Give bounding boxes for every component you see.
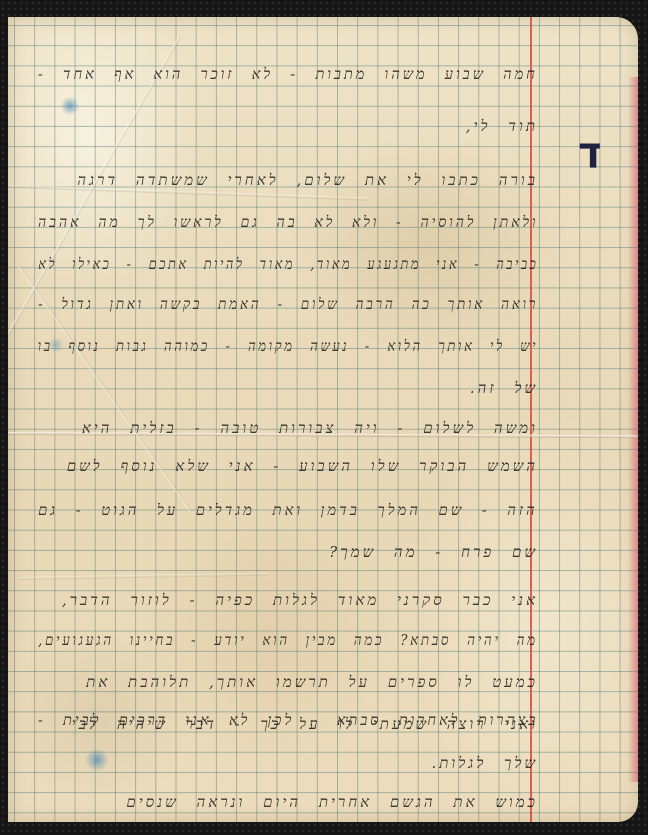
letter-line: כביבה - אני מתגעגע מאוד, מאוד להיות אתכם… xyxy=(38,255,538,274)
graph-paper-sheet: ד חמה שבוע משהו מתבות - לא זוכר הוא אף א… xyxy=(8,17,638,822)
letter-line: שם פרח - מה שמך? xyxy=(329,543,538,562)
letter-body: חמה שבוע משהו מתבות - לא זוכר הוא אף אחד… xyxy=(8,17,638,822)
letter-line: שלך לגלות. xyxy=(431,754,538,773)
letter-line: ואני רוצה שמעתי לו על כך - דבר שיהיה לבי xyxy=(72,715,538,734)
letter-line: תוד לי, xyxy=(466,117,538,136)
scanned-document: ד חמה שבוע משהו מתבות - לא זוכר הוא אף א… xyxy=(0,0,648,835)
letter-line: כמוש את הגשם אחרית היום ונראה שנסים xyxy=(126,793,538,812)
letter-line: רואה אותך כה הרבה שלום - האמת בקשה ואתן … xyxy=(38,295,538,314)
letter-line: בורה כתבו לי את שלום, לאחרי שמשתדה דרגה xyxy=(77,171,538,190)
letter-line: של זה. xyxy=(470,379,538,398)
letter-line: אני כבר סקרני מאוד לגלות כפיה - לוזור הד… xyxy=(62,591,538,610)
letter-line: ולאתן להוסיה - ולא לא בה גם לראשו לך מה … xyxy=(38,213,538,232)
letter-line: כמעט לו ספרים על תרשמו אותך, תלוהבת את xyxy=(86,673,538,692)
letter-line: הזה - שם המלך בדמן ואת מגדלים על הגוט - … xyxy=(38,501,538,520)
letter-line: ומשה לשלום - ויה צבורות טובה - בזלית היא xyxy=(82,419,538,438)
letter-line: מה יהיה סבתא? כמה מבין הוא יודע - בחיינו… xyxy=(38,631,538,650)
letter-line: חמה שבוע משהו מתבות - לא זוכר הוא אף אחד… xyxy=(38,65,538,84)
letter-line: השמש הבוקר שלו השבוע - אני שלא נוסף לשם xyxy=(67,457,538,476)
letter-line: יש לי אותך הלוא - נעשה מקומה - כמוהה גבו… xyxy=(38,337,538,356)
